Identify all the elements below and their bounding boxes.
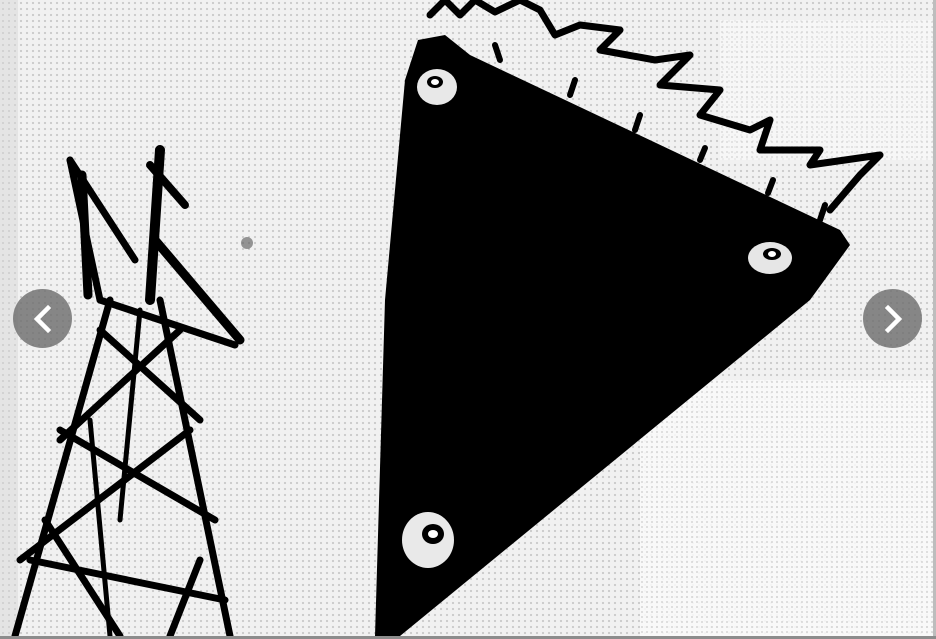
image-carousel: Previous Next [0,0,936,639]
next-slide-button[interactable]: Next [863,289,922,348]
chevron-right-icon [881,304,905,334]
carousel-slide-image [0,0,933,636]
chevron-left-icon [31,304,55,334]
previous-slide-button[interactable]: Previous [13,289,72,348]
